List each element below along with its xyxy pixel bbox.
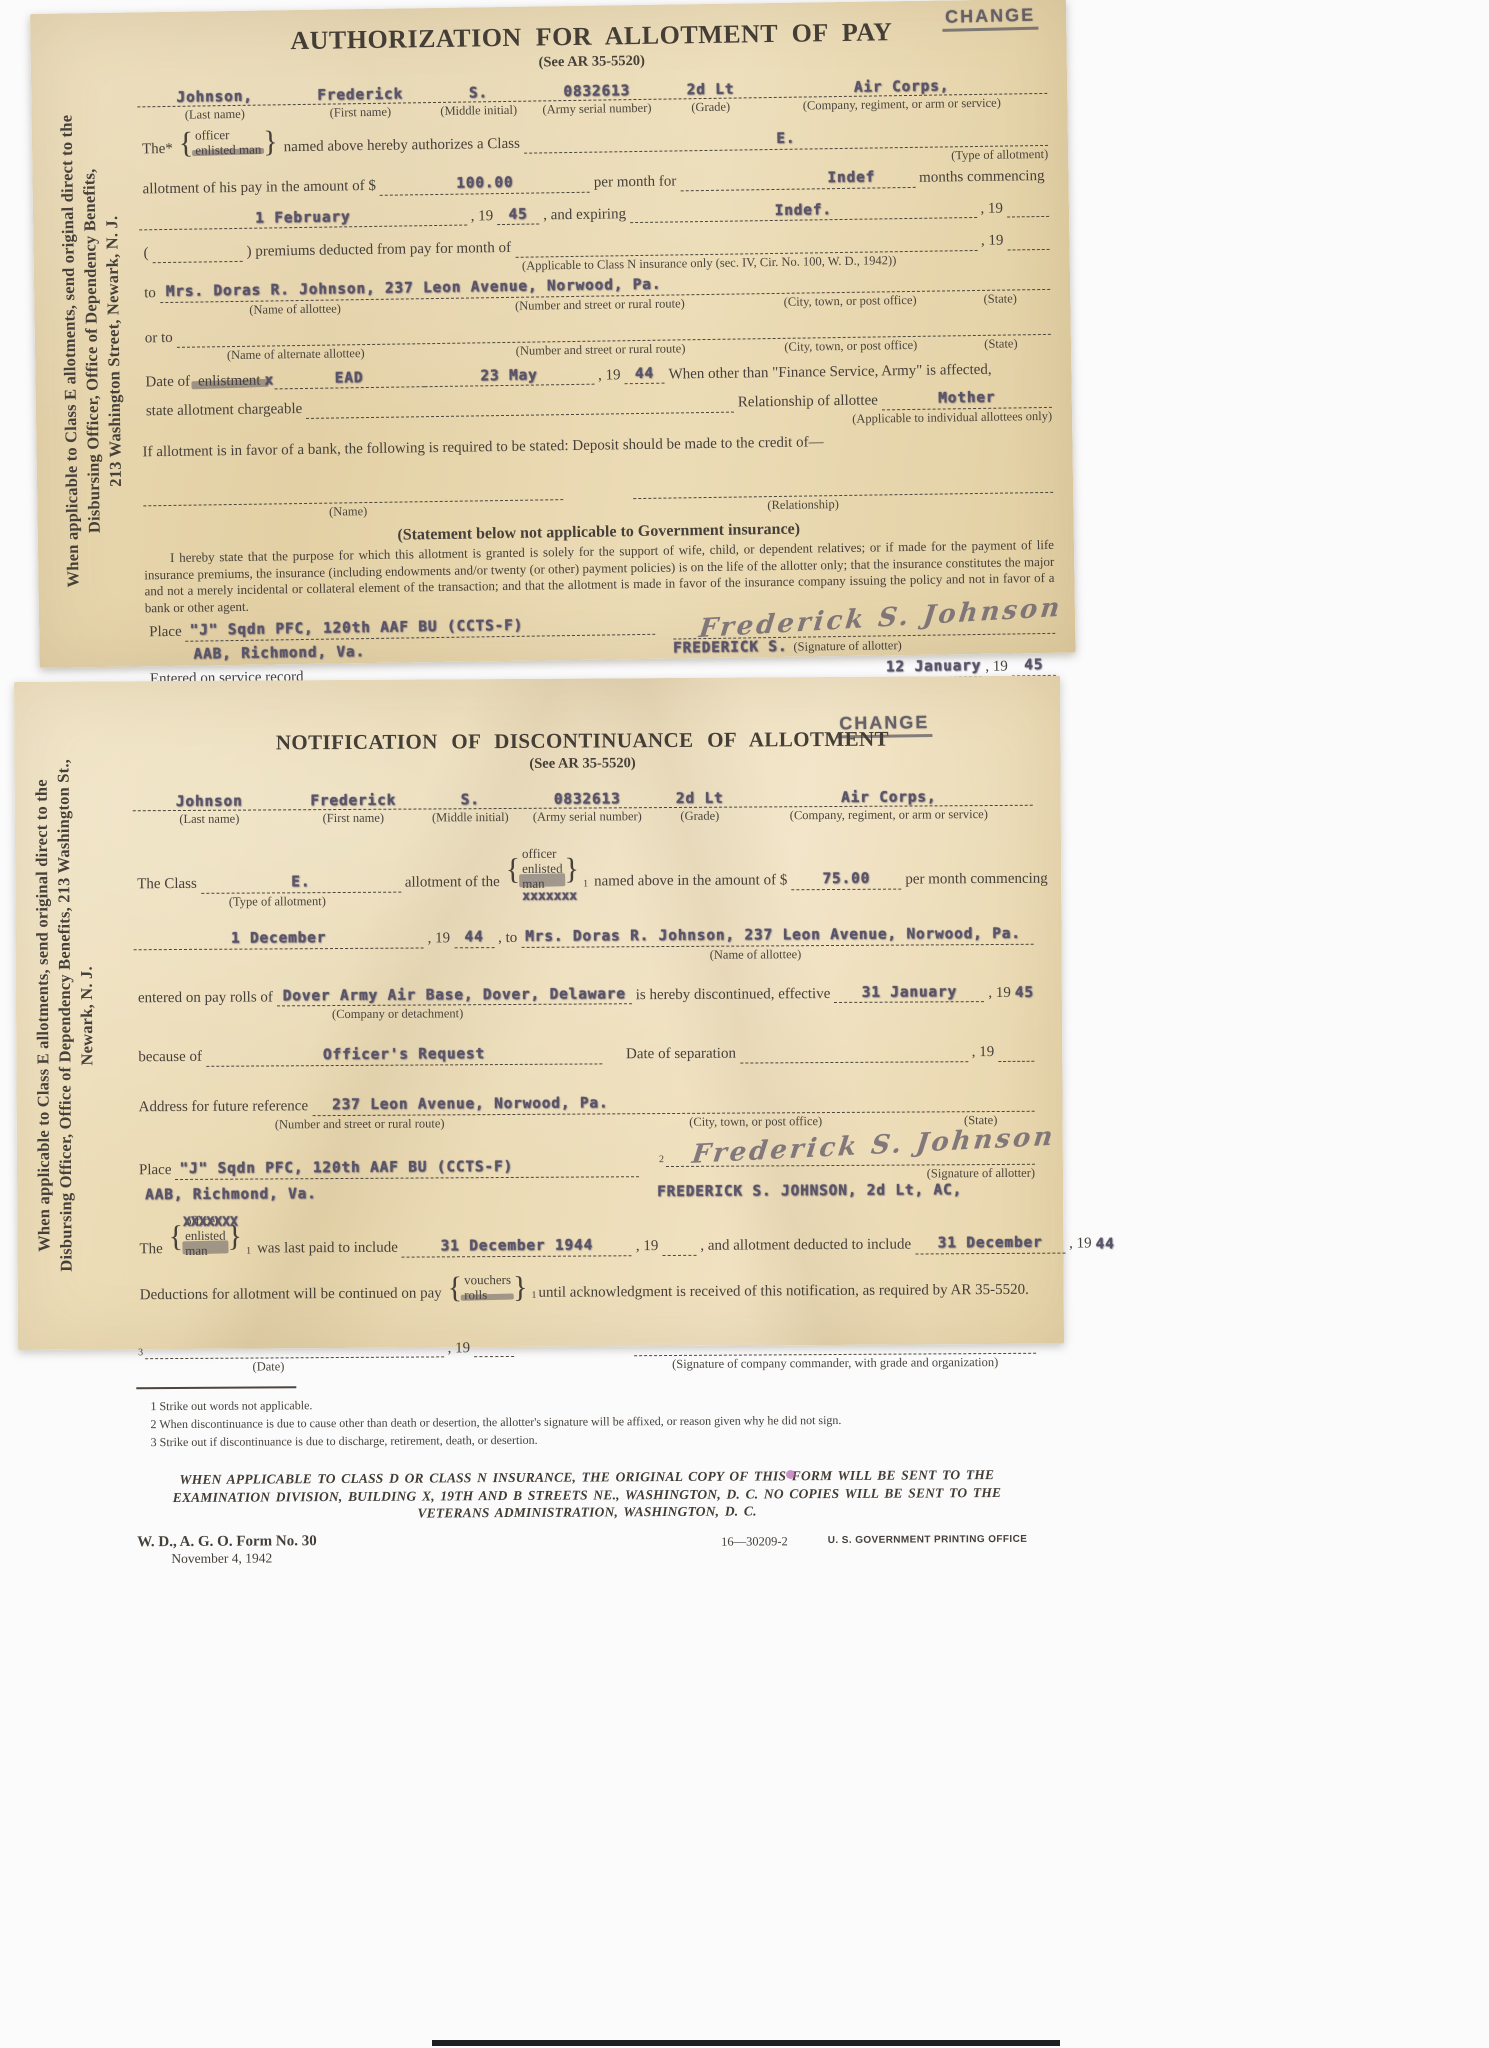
vouchers-rolls-brace: vouchers rolls — [448, 1273, 528, 1303]
footnote-marker: 3 — [136, 1347, 145, 1360]
place-field: "J" Sqdn PFC, 120th AAF BU (CCTS-F) — [175, 1157, 639, 1180]
because-field: Officer's Request — [206, 1045, 602, 1067]
printed-text: months commencing — [915, 167, 1049, 188]
commence-line: 1 February , 19 45 , and expiring Indef.… — [139, 198, 1049, 231]
commence-year-value: 44 — [464, 929, 483, 945]
deducted-date-value: 31 December — [938, 1235, 1043, 1252]
print-code: 16—30209-2 — [721, 1530, 788, 1549]
field-label: (Type of allotment) — [951, 147, 1048, 163]
footnote-marker: 2 — [657, 1154, 666, 1167]
date-label-row: (Date) — [136, 1358, 514, 1375]
enlistment-word-struck: enlistment — [194, 371, 265, 391]
field-label: (Army serial number) — [529, 101, 666, 118]
allottee-value: Mrs. Doras R. Johnson, 237 Leon Avenue, … — [525, 926, 1021, 945]
form30-subtitle: (See AR 35-5520) — [132, 753, 1032, 775]
field-label: (Name of allottee) — [710, 947, 802, 963]
purple-ink-dot — [786, 1470, 795, 1479]
place-line: Place "J" Sqdn PFC, 120th AAF BU (CCTS-F… — [135, 1157, 639, 1180]
payroll-field: Dover Army Air Base, Dover, Delaware — [277, 985, 632, 1007]
printed-text: per month commencing — [901, 870, 1052, 890]
place-column: Place "J" Sqdn PFC, 120th AAF BU (CCTS-F… — [135, 1157, 639, 1204]
months-value: Indef — [827, 169, 875, 186]
expire-year-field — [1007, 199, 1049, 218]
form29-sidebar-instructions: When applicable to Class E allotments, s… — [55, 47, 130, 656]
place-line-2: AAB, Richmond, Va. — [145, 639, 655, 665]
printed-text: Address for future reference — [135, 1097, 313, 1117]
last-paid-date-value: 31 December 1944 — [441, 1237, 594, 1254]
printed-text: per month for — [590, 172, 681, 192]
class-line: The Class E. allotment of the officer en… — [133, 844, 1033, 894]
months-field: Indef — [680, 168, 915, 191]
sidebar-line: Newark, N. J. — [74, 721, 100, 1309]
amount-value: 75.00 — [822, 871, 870, 887]
printed-text: ( — [139, 245, 152, 264]
last-paid-year-field — [662, 1238, 696, 1256]
field-label: (Date) — [136, 1359, 401, 1376]
printed-text: Place — [145, 623, 186, 642]
ead-field: EAD — [274, 368, 424, 390]
place-line-2: AAB, Richmond, Va. — [135, 1183, 639, 1204]
field-label: (Signature of allotter) — [927, 1166, 1035, 1182]
grade-value: 2d Lt — [655, 791, 745, 808]
commander-label-row: (Signature of company commander, with gr… — [634, 1355, 1036, 1372]
form-number: W. D., A. G. O. Form No. 30 — [137, 1533, 317, 1551]
separation-year-field — [998, 1044, 1034, 1062]
commence-date-field: 1 February — [139, 206, 467, 231]
printed-text: The* — [138, 140, 177, 159]
allotment-class-value: E. — [291, 874, 310, 890]
option-enlisted-man-struck: enlisted man — [522, 862, 563, 892]
signature-date-value: 12 January — [886, 658, 982, 675]
printed-text: , to — [494, 929, 521, 948]
date-column: 3 , 19 (Date) — [136, 1339, 514, 1376]
officer-enlisted-brace: officer enlisted man XXXXXXX — [169, 1214, 243, 1259]
form30-content: NOTIFICATION OF DISCONTINUANCE OF ALLOTM… — [132, 686, 1037, 1567]
commence-year-field: 45 — [497, 205, 539, 225]
field-label: (Grade) — [665, 99, 756, 115]
field-label: (Company, regiment, or arm or service) — [756, 95, 1047, 114]
form30-footer: W. D., A. G. O. Form No. 30 November 4, … — [137, 1529, 1037, 1567]
signature-typed-line: FREDERICK S. JOHNSON, 2d Lt, AC, — [657, 1181, 1035, 1201]
printed-text: , 19 — [467, 207, 498, 226]
printed-text: Date of separation — [602, 1045, 740, 1065]
bank-clause-text: If allotment is in favor of a bank, the … — [142, 433, 823, 462]
printed-text: until acknowledgment is received of this… — [538, 1281, 1028, 1303]
printed-text: , and allotment deducted to include — [696, 1236, 915, 1256]
grade-value: 2d Lt — [665, 81, 756, 98]
serial-number-value: 0832613 — [520, 791, 655, 808]
premium-count-field — [152, 244, 242, 263]
place-value-2: AAB, Richmond, Va. — [145, 1185, 317, 1204]
footnote-marker: 1 — [581, 879, 590, 892]
option-rolls-struck: rolls — [464, 1288, 511, 1303]
printed-text: , 19 — [424, 929, 455, 948]
enlist-date-field: 23 May — [424, 365, 594, 387]
footnotes-block: 1 Strike out words not applicable. 2 Whe… — [150, 1392, 1036, 1451]
scanner-edge-artifact — [432, 2040, 1060, 2046]
field-label: (Army serial number) — [520, 809, 655, 825]
allottee-field: Mrs. Doras R. Johnson, 237 Leon Avenue, … — [521, 925, 1033, 948]
allotter-name-typed: FREDERICK S. JOHNSON, 2d Lt, AC, — [657, 1181, 962, 1201]
signature-row: 2 Frederick S. Johnson — [657, 1144, 1035, 1167]
field-label: (City, town, or post office) — [751, 337, 951, 355]
last-paid-date-field: 31 December 1944 — [402, 1236, 632, 1257]
form-29-authorization-document: When applicable to Class E allotments, s… — [30, 0, 1076, 668]
ead-value: EAD — [335, 370, 364, 386]
separator-line — [136, 1385, 296, 1390]
printed-text: , 19 — [977, 232, 1008, 251]
enlist-year-value: 44 — [635, 365, 654, 381]
field-label: (State) — [951, 336, 1051, 352]
officer-enlisted-brace: officer enlisted man — [179, 127, 278, 158]
commence-date-value: 1 February — [255, 209, 351, 226]
middle-initial-value: S. — [428, 85, 528, 102]
field-label: (Name of alternate allottee) — [141, 344, 451, 364]
enlistment-date-line: Date of enlistment x EAD 23 May , 19 44 … — [141, 359, 1051, 392]
field-label: (Type of allotment) — [133, 893, 421, 910]
printed-text: , 19 — [968, 1043, 999, 1062]
form-date: November 4, 1942 — [171, 1550, 317, 1567]
because-line: because of Officer's Request Date of sep… — [134, 1042, 1034, 1067]
printed-text: , 19 — [632, 1237, 663, 1256]
field-label: (City, town, or post office) — [585, 1113, 927, 1130]
last-paid-line: The officer enlisted man XXXXXXX 1 was l… — [135, 1209, 1035, 1259]
field-label: (Number and street or rural route) — [450, 295, 750, 314]
option-enlisted-man-struck: enlisted man — [195, 143, 261, 159]
field-label: (Number and street or rural route) — [450, 340, 750, 359]
strikeout-typed-x: XXXXXXX — [183, 1216, 238, 1231]
printed-text: or to — [141, 329, 177, 348]
because-value: Officer's Request — [323, 1046, 485, 1063]
field-label: (Company or detachment) — [332, 1007, 463, 1023]
field-label: (City, town, or post office) — [750, 292, 950, 310]
place-line: Place "J" Sqdn PFC, 120th AAF BU (CCTS-F… — [145, 615, 655, 642]
printed-text: because of — [134, 1048, 206, 1067]
printed-text: Place — [135, 1161, 176, 1180]
printed-text: , and expiring — [539, 205, 630, 225]
field-label: (Grade) — [655, 809, 745, 825]
printed-text: , 19 — [984, 983, 1015, 1002]
printed-text: named above hereby authorizes a Class — [280, 135, 524, 157]
field-label: (Last name) — [137, 106, 292, 123]
date-signature-block: 3 , 19 (Date) (Signature of company comm… — [136, 1335, 1036, 1375]
signature-year-field: 45 — [1012, 656, 1056, 676]
strikeout-typed-x: xxxxxxx — [522, 889, 577, 904]
field-label: (Company, regiment, or arm or service) — [745, 807, 1033, 824]
place-field: "J" Sqdn PFC, 120th AAF BU (CCTS-F) — [186, 615, 655, 642]
field-label: (State) — [950, 291, 1050, 307]
form30-title: NOTIFICATION OF DISCONTINUANCE OF ALLOTM… — [132, 726, 1032, 756]
commander-signature-column: (Signature of company commander, with gr… — [634, 1341, 1036, 1372]
field-label: (Number and street or rural route) — [135, 1115, 585, 1133]
printed-text: entered on pay rolls of — [134, 988, 277, 1008]
printed-text: When other than "Finance Service, Army" … — [664, 360, 995, 384]
option-enlisted-man-struck: enlisted man — [185, 1229, 226, 1259]
allotment-class-field: E. — [201, 873, 401, 894]
address-value: 237 Leon Avenue, Norwood, Pa. — [332, 1095, 608, 1113]
commence-date-field: 1 December — [134, 928, 424, 950]
amount-value: 100.00 — [456, 175, 513, 192]
commence-year-value: 45 — [508, 206, 527, 222]
printed-text: The — [135, 1240, 166, 1259]
printing-office: U. S. GOVERNMENT PRINTING OFFICE — [828, 1529, 1028, 1546]
commence-date-value: 1 December — [231, 930, 326, 947]
individual-allottees-note: (Applicable to individual allottees only… — [852, 409, 1052, 427]
last-name-value: Johnson — [133, 793, 286, 810]
service-branch-value: Air Corps, — [756, 77, 1047, 97]
field-label: (First name) — [292, 104, 429, 121]
middle-initial-value: S. — [421, 792, 520, 809]
printed-text: Date of — [141, 372, 194, 392]
deductions-line: Deductions for allotment will be continu… — [136, 1270, 1036, 1305]
amount-field: 100.00 — [380, 173, 590, 196]
place-value-2: AAB, Richmond, Va. — [193, 643, 365, 664]
printed-text: , 19 — [976, 199, 1007, 218]
separation-date-field — [740, 1044, 968, 1063]
relationship-field: Mother — [882, 388, 1052, 410]
printed-text: to — [140, 284, 160, 303]
field-label: (Last name) — [133, 811, 286, 827]
enlist-date-value: 23 May — [480, 367, 537, 384]
date-line: 3 , 19 — [136, 1339, 514, 1360]
premium-year-field — [1007, 232, 1049, 251]
last-name-value: Johnson, — [137, 88, 292, 106]
printed-text: state allotment chargeable — [142, 400, 307, 421]
insurance-warning: WHEN APPLICABLE TO CLASS D OR CLASS N IN… — [137, 1466, 1037, 1524]
printed-text: , 19 — [1065, 1234, 1096, 1253]
footnote-marker: 1 — [529, 1290, 538, 1303]
field-label: (Signature of allotter) — [793, 638, 902, 655]
printed-text: , 19 — [594, 366, 625, 385]
field-label: (Name of allottee) — [140, 300, 450, 320]
form30-sidebar-instructions: When applicable to Class E allotments, s… — [30, 721, 100, 1309]
option-vouchers: vouchers — [464, 1273, 511, 1288]
printed-text: , 19 — [444, 1339, 475, 1358]
effective-date-field: 31 January — [834, 983, 984, 1004]
option-officer: officer — [522, 847, 563, 862]
deducted-year-value: 44 — [1096, 1235, 1115, 1253]
relationship-value: Mother — [938, 390, 995, 407]
printed-text: named above in the amount of $ — [590, 871, 791, 891]
serial-number-value: 0832613 — [528, 83, 665, 101]
commander-signature-line — [634, 1341, 1036, 1356]
service-branch-value: Air Corps, — [745, 789, 1033, 807]
signature-column: 2 Frederick S. Johnson (Signature of all… — [657, 1144, 1035, 1201]
place-value: "J" Sqdn PFC, 120th AAF BU (CCTS-F) — [190, 618, 524, 639]
place-value: "J" Sqdn PFC, 120th AAF BU (CCTS-F) — [179, 1159, 513, 1177]
field-label: (First name) — [286, 811, 421, 827]
notification-year-field — [474, 1339, 514, 1357]
allotter-signature-line: Frederick S. Johnson — [666, 1144, 1035, 1167]
expire-value: Indef. — [775, 202, 832, 219]
notification-date-field — [145, 1340, 444, 1360]
scanned-documents-page: { "palette":{"paper_top":"#e6d4aa","pape… — [0, 0, 1489, 2048]
commence-year-field: 44 — [454, 928, 494, 948]
expire-field: Indef. — [630, 199, 977, 224]
first-name-value: Frederick — [286, 793, 421, 810]
effective-year-value: 45 — [1015, 984, 1034, 1002]
deducted-date-field: 31 December — [915, 1234, 1065, 1255]
printed-text: , 19 — [981, 658, 1012, 677]
place-signature-block: Place "J" Sqdn PFC, 120th AAF BU (CCTS-F… — [135, 1144, 1035, 1205]
allotment-class-value: E. — [776, 131, 795, 147]
printed-text: Relationship of allottee — [734, 392, 882, 413]
printed-text: is hereby discontinued, effective — [632, 985, 835, 1005]
printed-text: was last paid to include — [253, 1239, 402, 1259]
printed-text: allotment of the — [401, 873, 504, 892]
enlist-year-field: 44 — [624, 364, 664, 384]
printed-text: Deductions for allotment will be continu… — [136, 1284, 446, 1305]
field-label: (Middle initial) — [421, 810, 520, 826]
printed-text: The Class — [133, 875, 201, 894]
officer-enlisted-brace: officer enlisted man xxxxxxx — [506, 847, 580, 892]
signature-year-value: 45 — [1024, 657, 1043, 673]
printed-text: allotment of his pay in the amount of $ — [138, 177, 380, 199]
payroll-value: Dover Army Air Base, Dover, Delaware — [283, 986, 626, 1004]
field-label: (Middle initial) — [429, 103, 529, 119]
effective-date-value: 31 January — [862, 984, 957, 1001]
amount-field: 75.00 — [791, 870, 901, 890]
field-label: (Signature of company commander, with gr… — [634, 1355, 1036, 1372]
form-30-discontinuance-document: When applicable to Class E allotments, s… — [14, 676, 1064, 1350]
first-name-value: Frederick — [292, 86, 429, 104]
allottee-value: Mrs. Doras R. Johnson, 237 Leon Avenue, … — [166, 277, 662, 300]
form-number-block: W. D., A. G. O. Form No. 30 November 4, … — [137, 1533, 317, 1567]
footnote-marker: 1 — [244, 1246, 253, 1259]
